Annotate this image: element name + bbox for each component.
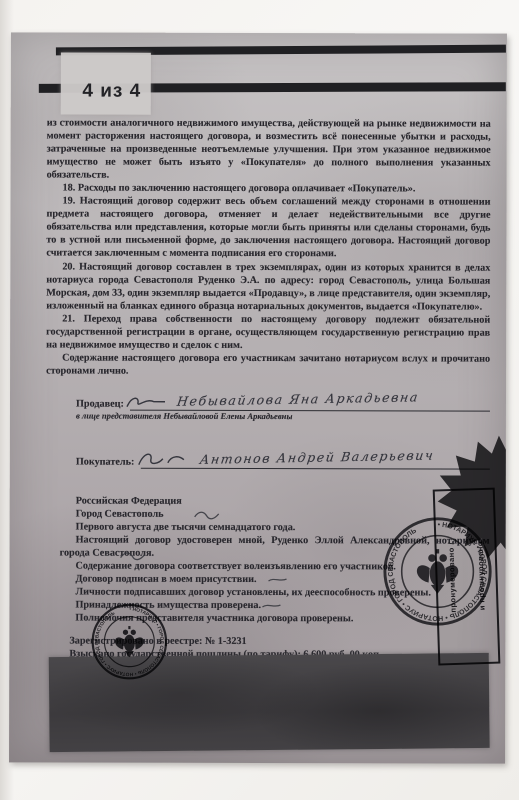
paragraph-read-aloud: Содержание настоящего договора его участ… bbox=[46, 351, 490, 378]
round-seal: • НОТАРИУС • ГОРОД СЕВАСТОПОЛЬ • НОТАРИУ… bbox=[381, 515, 493, 627]
buyer-signature-flourish-icon bbox=[134, 450, 186, 470]
page-count-label: 4 из 4 bbox=[69, 81, 155, 103]
attestation-statement-text: Договор подписан в моем присутствии. bbox=[76, 574, 257, 585]
document-paper: 4 из 4 из стоимости аналогичного недвижи… bbox=[9, 32, 507, 763]
round-seal: • НОТАРИУС • ГОРОД СЕВАСТОПОЛЬ • НОТАРИУ… bbox=[81, 603, 177, 681]
seller-handwriting: Небывайлова Яна Аркадьевна bbox=[176, 389, 420, 409]
paragraph-19: 19. Настоящий договор содержит весь объе… bbox=[46, 195, 490, 261]
buyer-label: Покупатель: bbox=[76, 455, 135, 468]
seller-label: Продавец: bbox=[76, 397, 124, 410]
handwritten-mark bbox=[194, 510, 220, 520]
double-eagle-icon bbox=[115, 626, 144, 657]
paragraph-21: 21. Переход права собственности по насто… bbox=[46, 312, 490, 352]
handwritten-mark bbox=[268, 576, 288, 584]
attestation-city-text: Город Севастополь bbox=[76, 509, 164, 520]
double-eagle-icon bbox=[417, 549, 458, 594]
seller-signature-flourish-icon bbox=[124, 394, 168, 412]
buyer-handwriting: Антонов Андрей Валерьевич bbox=[198, 447, 435, 467]
representative-note: в лице представителя Небывайловой Елены … bbox=[76, 410, 490, 422]
paragraph-20: 20. Настоящий договор составлен в трех э… bbox=[46, 260, 490, 313]
seller-signature-line: Небывайлова Яна Аркадьевна bbox=[130, 394, 490, 412]
paragraph-18: 18. Расходы по заключению настоящего дог… bbox=[47, 182, 491, 196]
attestation-country: Российская Федерация bbox=[76, 494, 490, 508]
paragraph-continuation: из стоимости аналогичного недвижимого им… bbox=[47, 116, 491, 182]
seller-signature-row: Продавец: Небывайлова Яна Аркадьевна bbox=[76, 393, 490, 411]
handwritten-mark bbox=[261, 602, 281, 610]
buyer-signature-row: Покупатель: Антонов Андрей Валерьевич bbox=[76, 451, 490, 469]
